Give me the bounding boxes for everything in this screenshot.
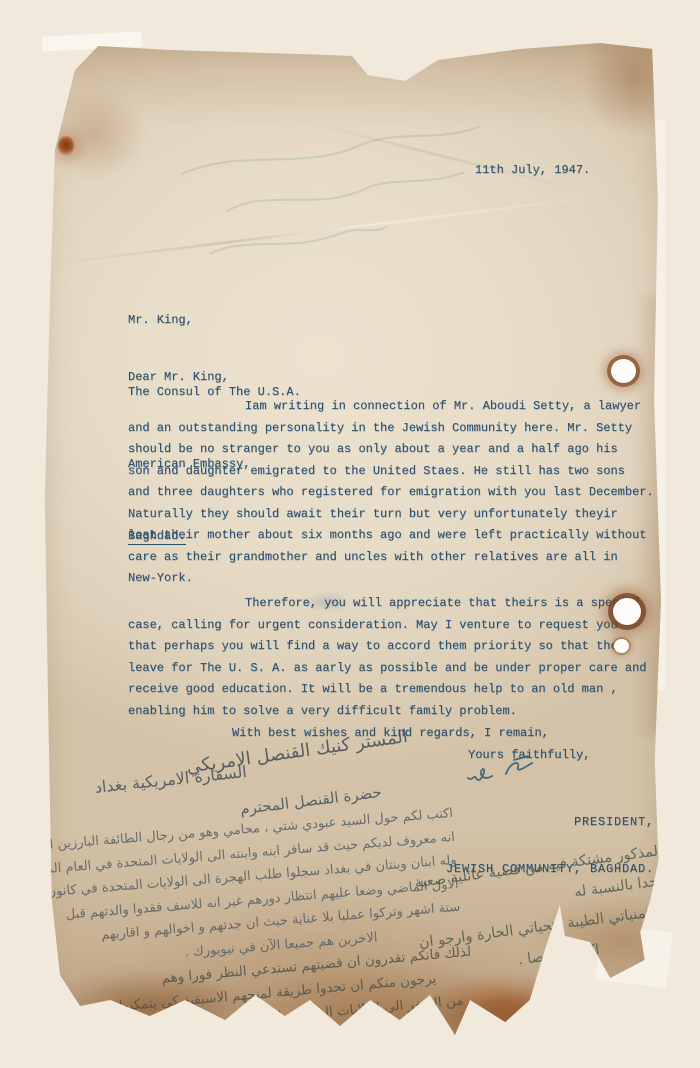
letter-line: and an outstanding personality in the Je… — [128, 418, 654, 440]
letter-paper: 11th July, 1947. Mr. King, The Consul of… — [38, 36, 666, 1036]
stain-rust-spot — [58, 136, 74, 156]
letter-date: 11th July, 1947. — [475, 163, 590, 177]
letter-line: that perhaps you will find a way to acco… — [128, 636, 646, 658]
arabic-line: الجيدة وكان ذلك عونا كبيرا له — [46, 1022, 357, 1068]
stain-top-band — [38, 36, 666, 126]
stain-top-left — [38, 76, 178, 206]
punch-hole-small — [614, 639, 629, 653]
letter-line: leave for The U. S. A. as aarly as possi… — [128, 658, 646, 680]
letter-line: should be no stranger to you as only abo… — [128, 439, 654, 461]
letter-line: enabling him to solve a very difficult f… — [128, 701, 646, 723]
recipient-line: Mr. King, — [128, 308, 301, 332]
stain-rust-halo — [46, 126, 90, 166]
salutation: Dear Mr. King, — [128, 370, 229, 384]
punch-hole-top — [611, 359, 636, 383]
letter-line: and three daughters who registered for e… — [128, 482, 654, 504]
arabic-annotation-embassy: السفارة الامريكية بغداد — [94, 762, 248, 797]
letter-line: lost their mother about six months ago a… — [128, 525, 654, 547]
letter-line: Iam writing in connection of Mr. Aboudi … — [128, 396, 654, 418]
letter-line: Naturally they should await their turn b… — [128, 504, 654, 526]
letter-line: care as their grandmother and uncles wit… — [128, 547, 654, 569]
stain-top-right — [558, 36, 668, 176]
letter-line: New-York. — [128, 568, 654, 590]
body-paragraph-2: Therefore, you will appreciate that thei… — [128, 593, 646, 722]
letter-line: Therefore, you will appreciate that thei… — [128, 593, 646, 615]
signature-scribble — [458, 754, 548, 788]
punch-hole-middle — [613, 598, 641, 625]
letter-line: son and daughter emigrated to the United… — [128, 461, 654, 483]
body-paragraph-1: Iam writing in connection of Mr. Aboudi … — [128, 396, 654, 590]
letter-line: case, calling for urgent consideration. … — [128, 615, 646, 637]
scanned-letter-page: 11th July, 1947. Mr. King, The Consul of… — [0, 0, 700, 1068]
letter-line: receive good education. It will be a tre… — [128, 679, 646, 701]
